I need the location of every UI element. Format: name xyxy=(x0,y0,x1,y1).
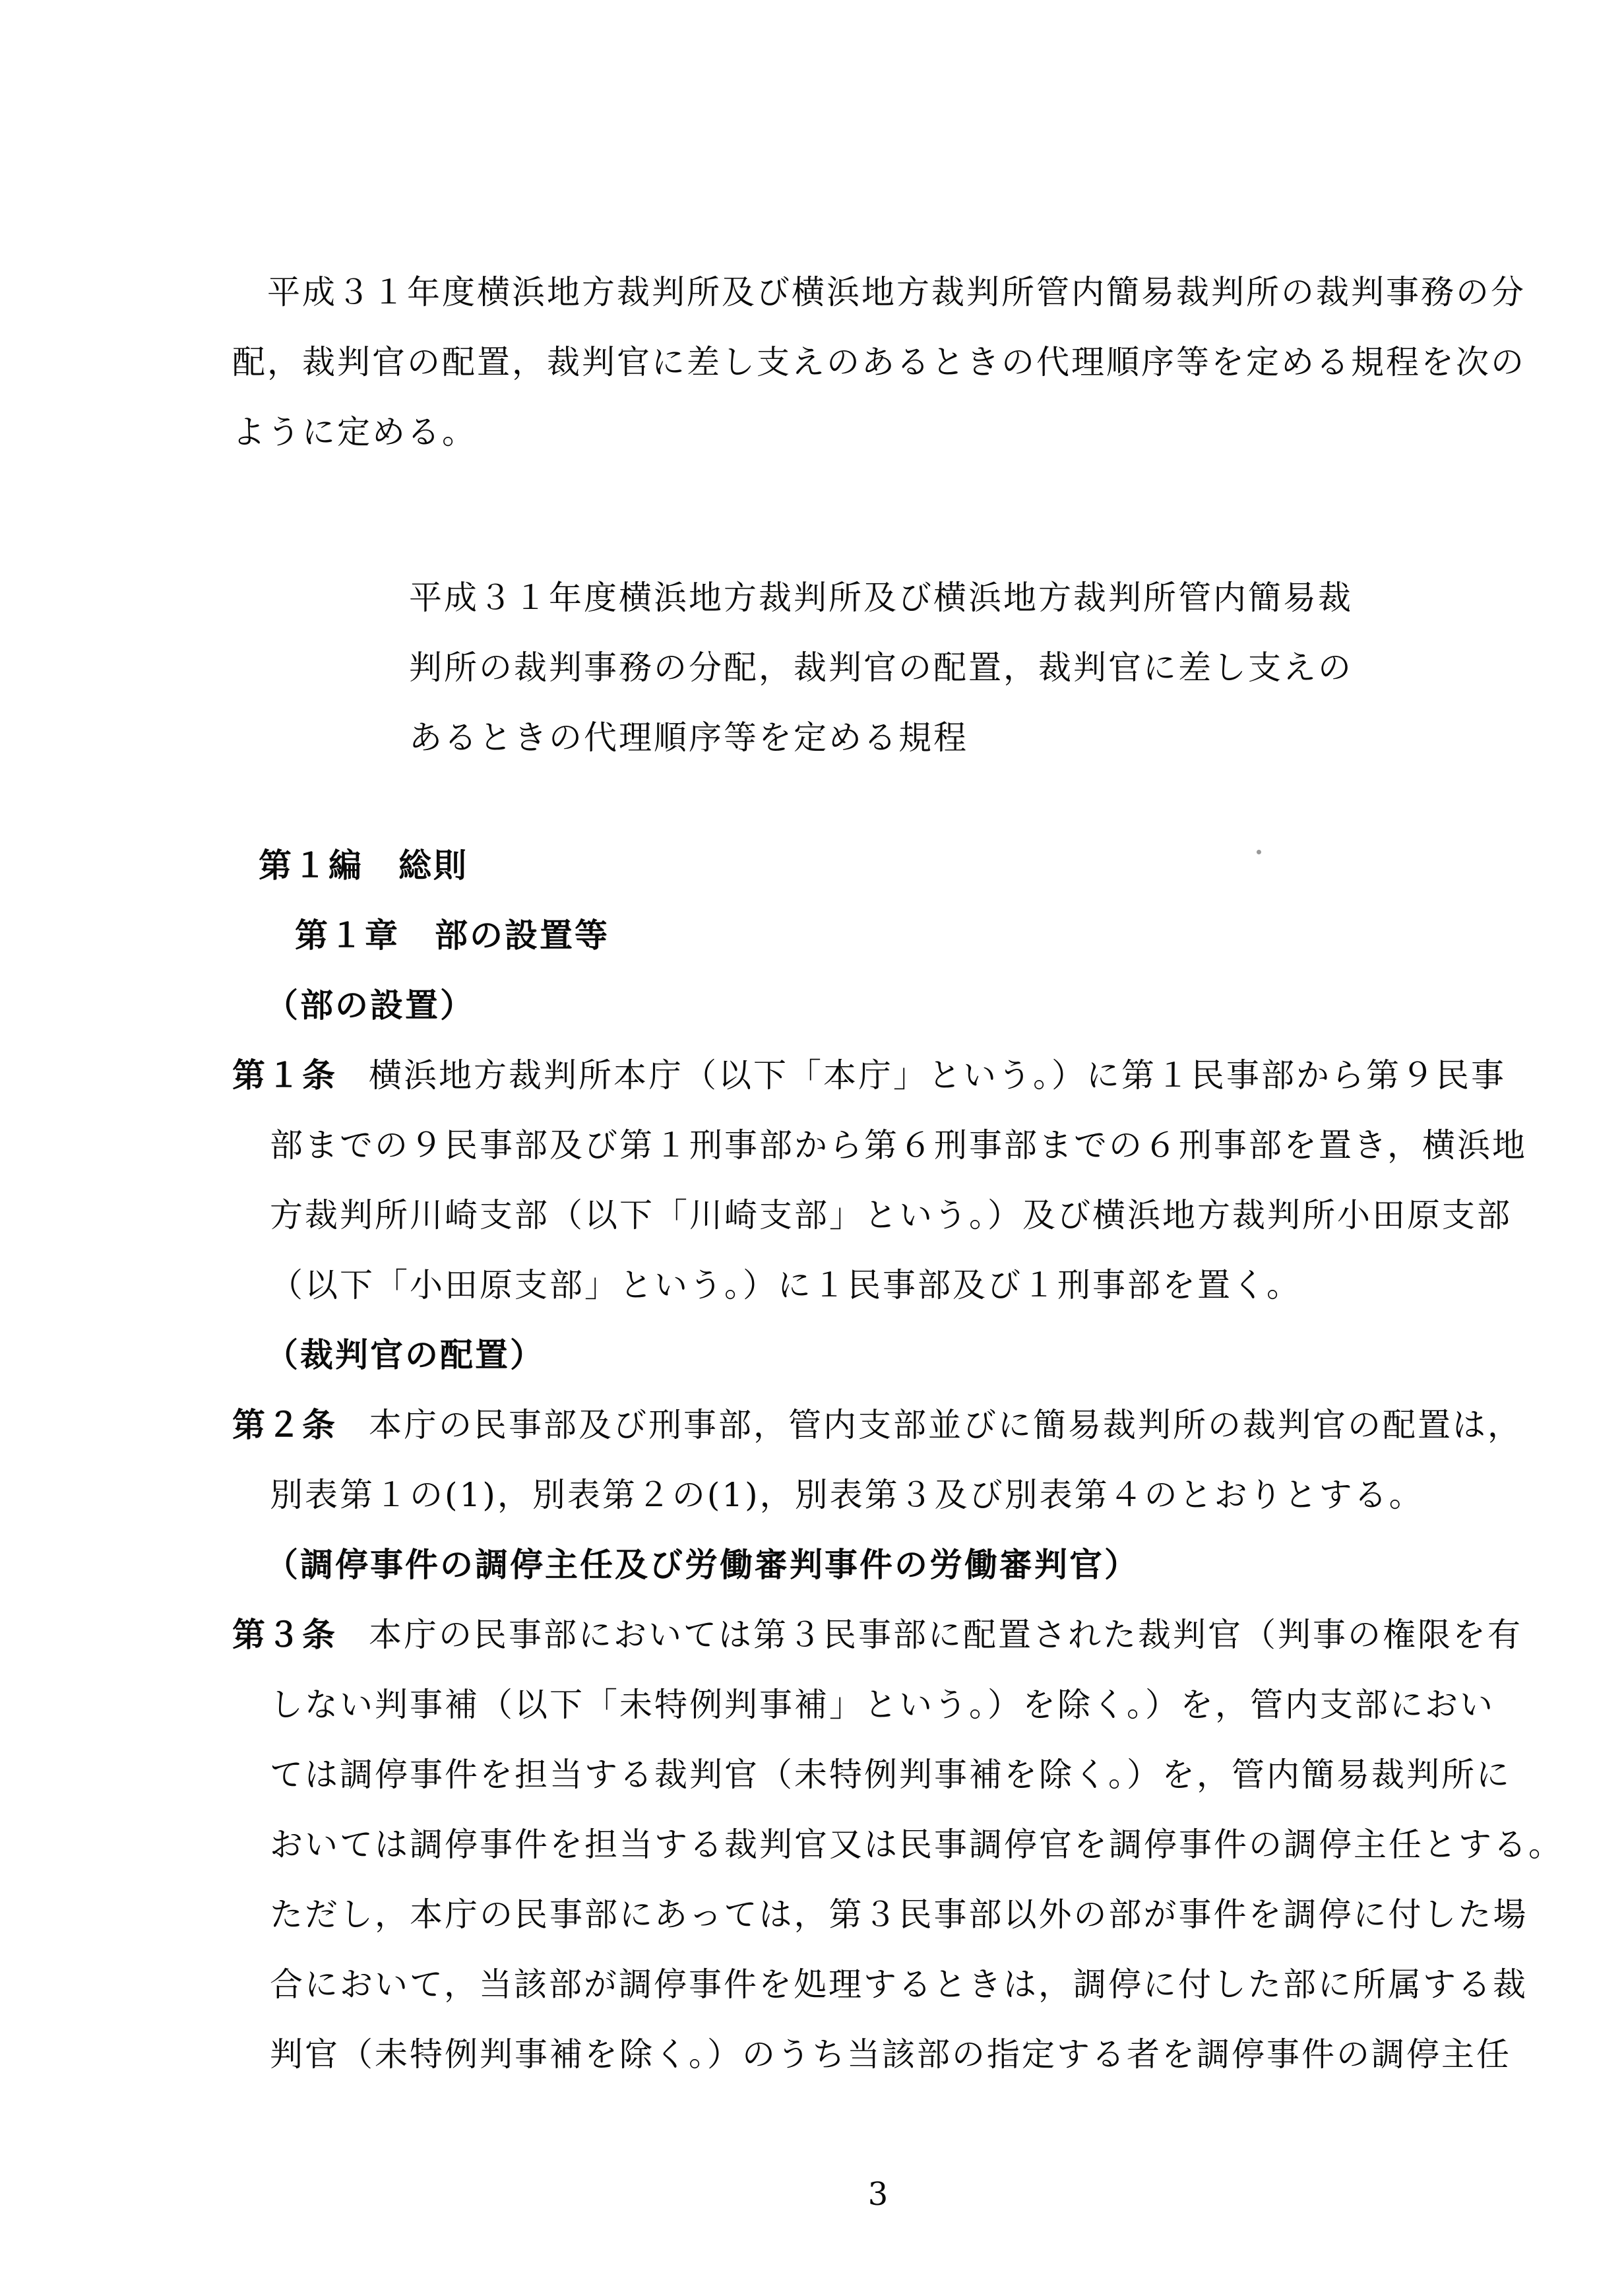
article-3: 第３条本庁の民事部においては第３民事部に配置された裁判官（判事の権限を有 しない… xyxy=(232,1600,1545,2089)
article-3-line-2: しない判事補（以下「未特例判事補」という。）を除く。）を，管内支部におい xyxy=(270,1670,1545,1740)
article-1-line-1: 第１条横浜地方裁判所本庁（以下「本庁」という。）に第１民事部から第９民事 xyxy=(232,1040,1545,1110)
opening-paragraph: 平成３１年度横浜地方裁判所及び横浜地方裁判所管内簡易裁判所の裁判事務の分 配，裁… xyxy=(232,257,1545,467)
article-3-line-6: 合において，当該部が調停事件を処理するときは，調停に付した部に所属する裁 xyxy=(270,1950,1545,2019)
opening-line-3: ように定める。 xyxy=(232,397,1545,467)
part-1-heading: 第１編 総則 xyxy=(259,831,1545,901)
article-1-caption: （部の設置） xyxy=(265,970,1545,1040)
article-3-line-3: ては調停事件を担当する裁判官（未特例判事補を除く。）を，管内簡易裁判所に xyxy=(270,1740,1545,1810)
article-3-line-4: おいては調停事件を担当する裁判官又は民事調停官を調停事件の調停主任とする。 xyxy=(270,1810,1545,1880)
page-number: 3 xyxy=(0,2175,1624,2214)
article-2: 第２条本庁の民事部及び刑事部，管内支部並びに簡易裁判所の裁判官の配置は， 別表第… xyxy=(232,1390,1545,1530)
article-3-line-7: 判官（未特例判事補を除く。）のうち当該部の指定する者を調停事件の調停主任 xyxy=(270,2019,1545,2089)
regulation-title-line-2: 判所の裁判事務の分配，裁判官の配置，裁判官に差し支えの xyxy=(409,633,1545,703)
opening-line-2: 配，裁判官の配置，裁判官に差し支えのあるときの代理順序等を定める規程を次の xyxy=(232,327,1545,397)
article-1: 第１条横浜地方裁判所本庁（以下「本庁」という。）に第１民事部から第９民事 部まで… xyxy=(232,1040,1545,1320)
article-1-text-1: 横浜地方裁判所本庁（以下「本庁」という。）に第１民事部から第９民事 xyxy=(369,1056,1506,1095)
document-content: 平成３１年度横浜地方裁判所及び横浜地方裁判所管内簡易裁判所の裁判事務の分 配，裁… xyxy=(0,0,1624,2089)
article-2-line-2: 別表第１の(1)，別表第２の(1)，別表第３及び別表第４のとおりとする。 xyxy=(270,1460,1545,1530)
regulation-title-line-1: 平成３１年度横浜地方裁判所及び横浜地方裁判所管内簡易裁 xyxy=(409,563,1545,633)
article-3-line-5: ただし，本庁の民事部にあっては，第３民事部以外の部が事件を調停に付した場 xyxy=(270,1880,1545,1950)
article-2-caption: （裁判官の配置） xyxy=(265,1320,1545,1390)
article-1-line-3: 方裁判所川崎支部（以下「川崎支部」という。）及び横浜地方裁判所小田原支部 xyxy=(270,1180,1545,1250)
article-2-text-1: 本庁の民事部及び刑事部，管内支部並びに簡易裁判所の裁判官の配置は， xyxy=(369,1406,1522,1444)
article-3-text-1: 本庁の民事部においては第３民事部に配置された裁判官（判事の権限を有 xyxy=(369,1616,1522,1654)
article-1-line-2: 部までの９民事部及び第１刑事部から第６刑事部までの６刑事部を置き，横浜地 xyxy=(270,1110,1545,1180)
regulation-title-block: 平成３１年度横浜地方裁判所及び横浜地方裁判所管内簡易裁 判所の裁判事務の分配，裁… xyxy=(409,563,1545,773)
article-2-number-label: 第２条 xyxy=(232,1406,337,1444)
article-1-line-4: （以下「小田原支部」という。）に１民事部及び１刑事部を置く。 xyxy=(270,1250,1545,1320)
article-3-line-1: 第３条本庁の民事部においては第３民事部に配置された裁判官（判事の権限を有 xyxy=(232,1600,1545,1670)
article-2-line-1: 第２条本庁の民事部及び刑事部，管内支部並びに簡易裁判所の裁判官の配置は， xyxy=(232,1390,1545,1460)
chapter-1-heading: 第１章 部の設置等 xyxy=(295,901,1545,970)
scan-artifact-dot xyxy=(1257,850,1261,854)
article-3-caption: （調停事件の調停主任及び労働審判事件の労働審判官） xyxy=(265,1530,1545,1600)
opening-line-1: 平成３１年度横浜地方裁判所及び横浜地方裁判所管内簡易裁判所の裁判事務の分 xyxy=(232,257,1545,327)
article-3-number-label: 第３条 xyxy=(232,1616,337,1654)
article-1-number-label: 第１条 xyxy=(232,1056,337,1095)
document-page: 平成３１年度横浜地方裁判所及び横浜地方裁判所管内簡易裁判所の裁判事務の分 配，裁… xyxy=(0,0,1624,2288)
regulation-title-line-3: あるときの代理順序等を定める規程 xyxy=(409,703,1545,773)
